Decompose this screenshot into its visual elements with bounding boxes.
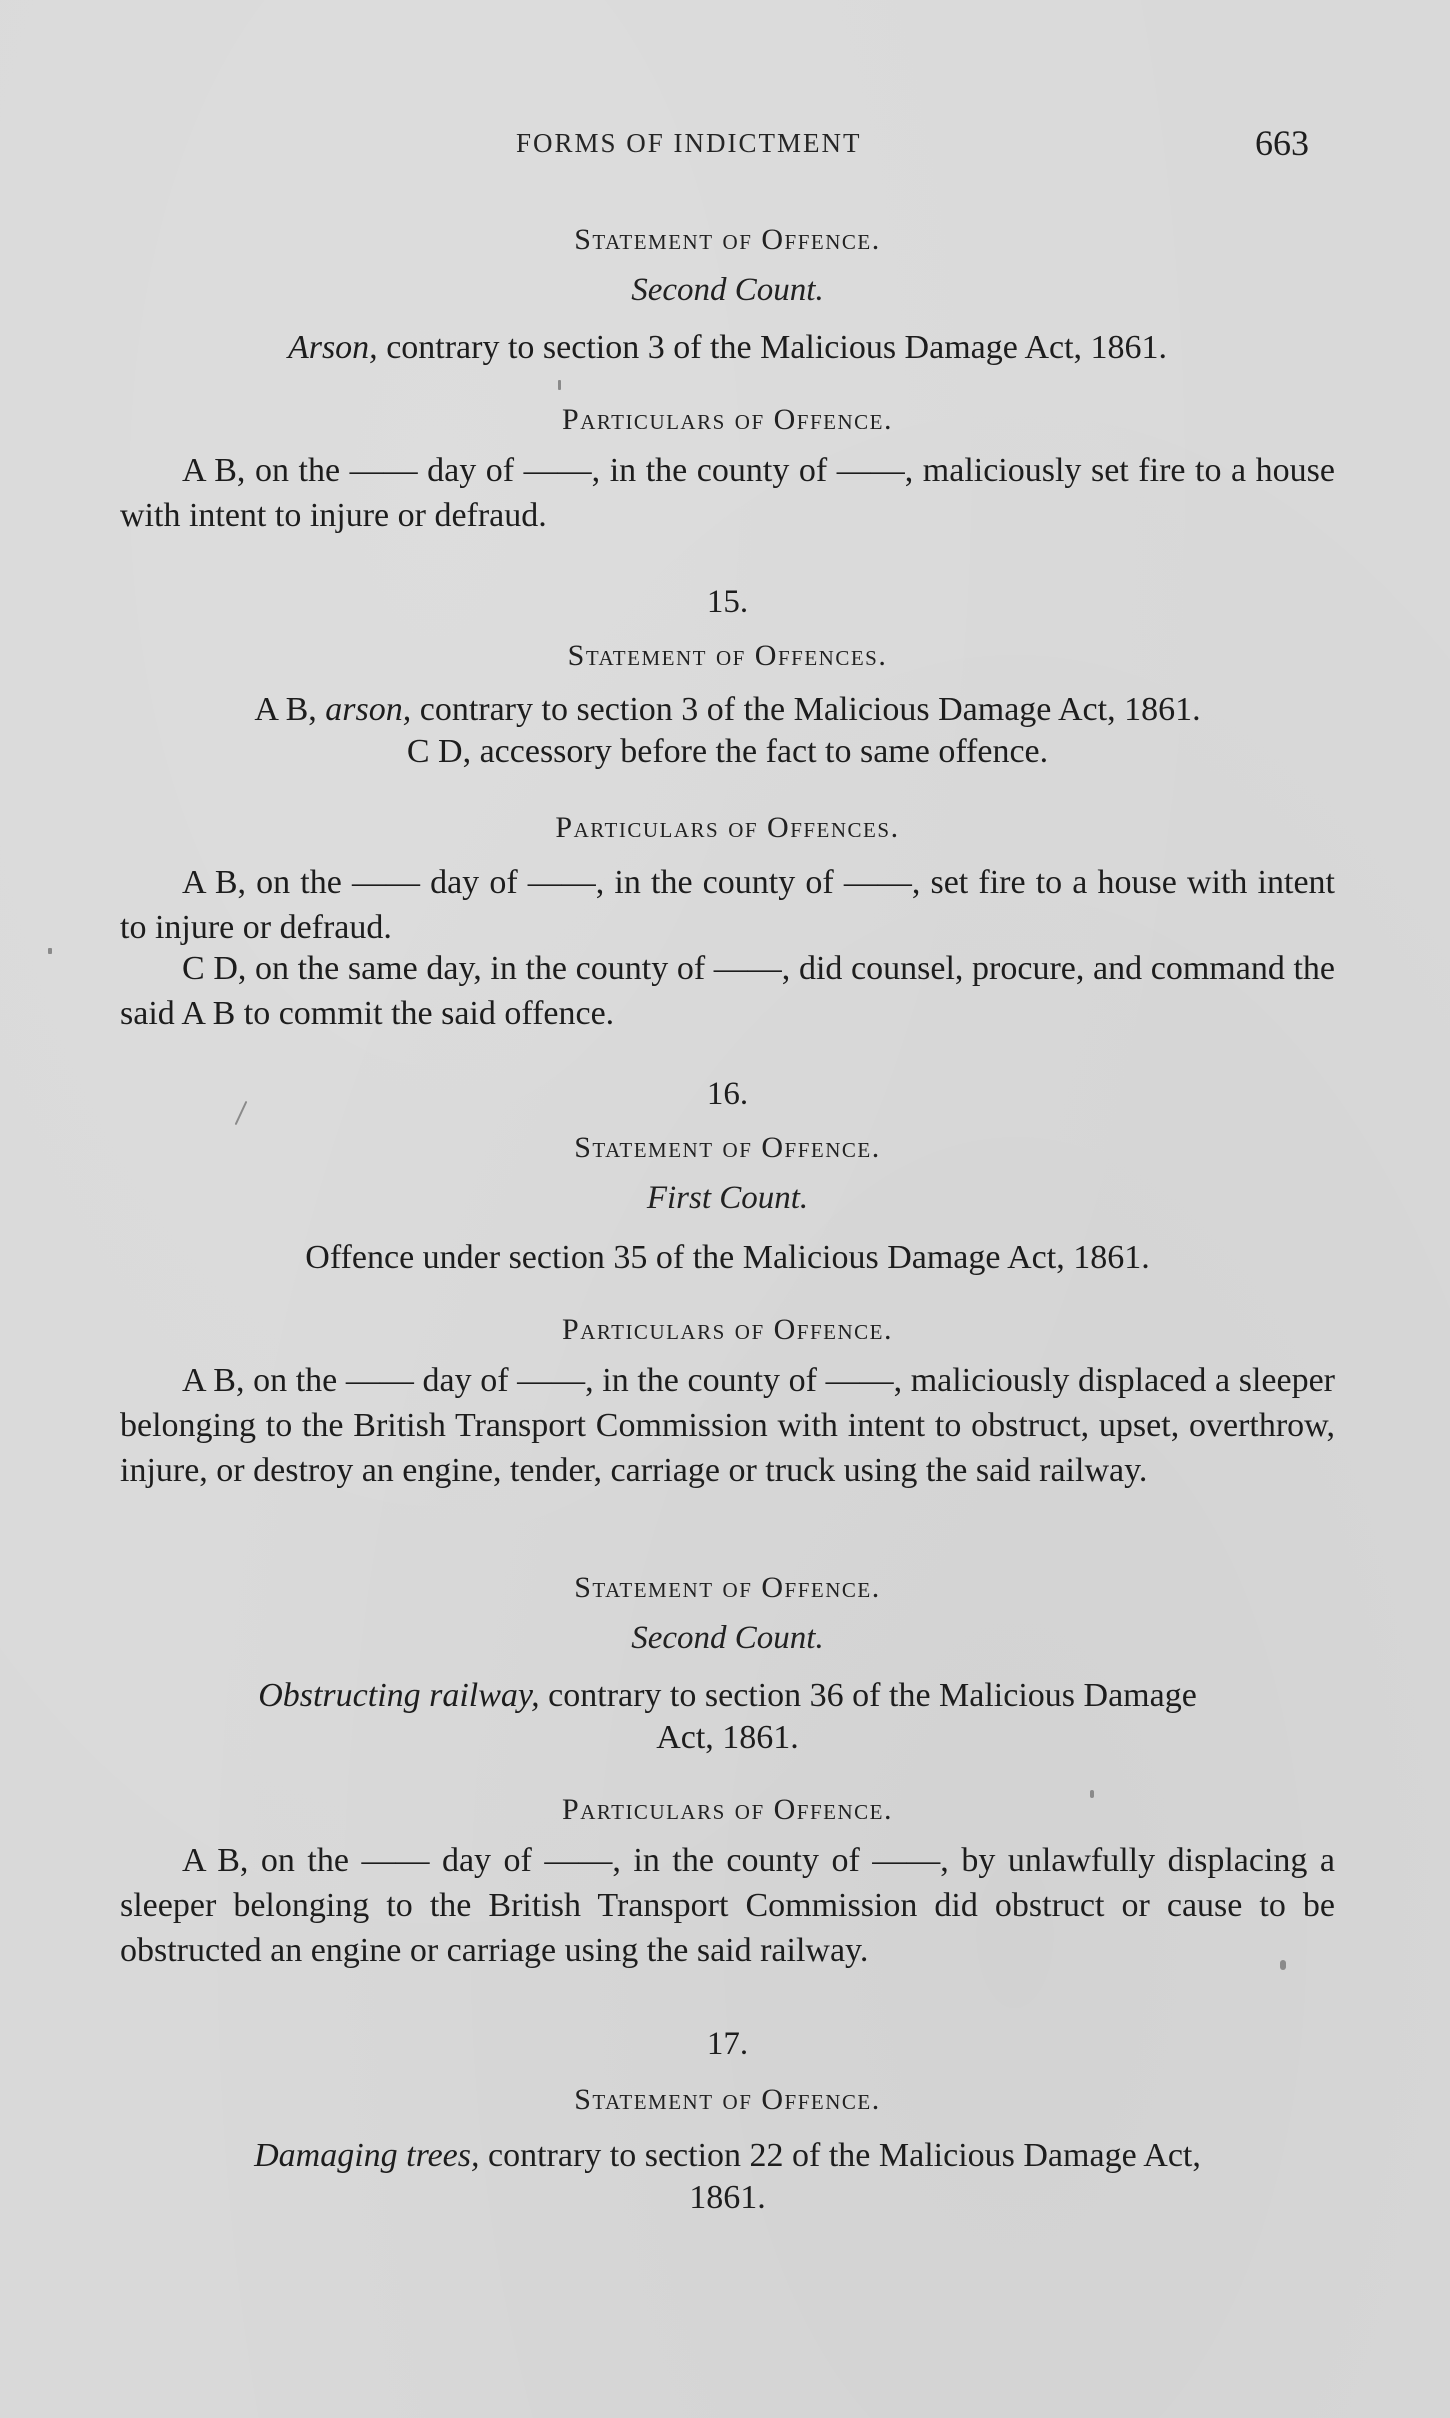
- count-label: Second Count.: [120, 1616, 1335, 1660]
- count-label: Second Count.: [120, 268, 1335, 312]
- particulars-heading: Particulars of Offence.: [120, 1310, 1335, 1350]
- scan-artifact: [558, 380, 561, 390]
- statement-heading: Statement of Offences.: [120, 636, 1335, 676]
- section-number: 17.: [120, 2022, 1335, 2066]
- statement-text: Arson, contrary to section 3 of the Mali…: [120, 326, 1335, 370]
- offence-name: Damaging trees,: [254, 2137, 479, 2174]
- statement-heading: Statement of Offence.: [120, 1568, 1335, 1608]
- statement-rest: contrary to section 3 of the Malicious D…: [411, 691, 1200, 728]
- statement-heading: Statement of Offence.: [120, 1128, 1335, 1168]
- particulars-heading: Particulars of Offence.: [120, 400, 1335, 440]
- statement-rest: contrary to section 36 of the Malicious …: [540, 1677, 1197, 1714]
- scan-artifact: [1090, 1790, 1094, 1798]
- document-page: FORMS OF INDICTMENT 663 Statement of Off…: [0, 0, 1450, 2418]
- statement-rest: contrary to section 22 of the Malicious …: [480, 2137, 1201, 2174]
- scan-artifact: [1280, 1960, 1286, 1970]
- running-header: FORMS OF INDICTMENT 663: [0, 122, 1450, 162]
- section-number: 16.: [120, 1072, 1335, 1116]
- section-number: 15.: [120, 580, 1335, 624]
- statement-rest: contrary to section 3 of the Malicious D…: [378, 329, 1167, 366]
- statement-text-continued: 1861.: [120, 2176, 1335, 2220]
- particulars-paragraph: A B, on the —— day of ——, in the county …: [120, 860, 1335, 950]
- particulars-paragraph: A B, on the —— day of ——, in the county …: [120, 1358, 1335, 1493]
- statement-heading: Statement of Offence.: [120, 220, 1335, 260]
- scan-artifact: [48, 948, 52, 954]
- statement-prefix: A B,: [254, 691, 325, 728]
- offence-name: arson,: [325, 691, 411, 728]
- statement-line: C D, accessory before the fact to same o…: [120, 730, 1335, 774]
- particulars-paragraph: A B, on the —— day of ——, in the county …: [120, 448, 1335, 538]
- particulars-heading: Particulars of Offences.: [120, 808, 1335, 848]
- offence-name: Arson,: [288, 329, 378, 366]
- statement-text: Obstructing railway, contrary to section…: [120, 1674, 1335, 1718]
- statement-text-continued: Act, 1861.: [120, 1716, 1335, 1760]
- particulars-paragraph: C D, on the same day, in the county of —…: [120, 946, 1335, 1036]
- statement-text: Offence under section 35 of the Maliciou…: [120, 1236, 1335, 1280]
- particulars-heading: Particulars of Offence.: [120, 1790, 1335, 1830]
- particulars-paragraph: A B, on the —— day of ——, in the county …: [120, 1838, 1335, 1973]
- count-label: First Count.: [120, 1176, 1335, 1220]
- statement-heading: Statement of Offence.: [120, 2080, 1335, 2120]
- statement-line: A B, arson, contrary to section 3 of the…: [120, 688, 1335, 732]
- offence-name: Obstructing railway,: [258, 1677, 539, 1714]
- page-number: 663: [1255, 122, 1309, 164]
- statement-text: Damaging trees, contrary to section 22 o…: [120, 2134, 1335, 2178]
- running-title: FORMS OF INDICTMENT: [516, 128, 862, 159]
